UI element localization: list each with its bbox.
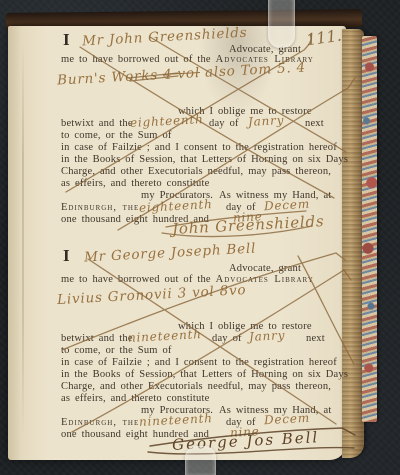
printed-capital-i: I — [63, 34, 70, 46]
printed-edinburgh-2: Edinburgh, the — [61, 417, 139, 429]
printed-borrowed-line-2: me to have borrowed out of the Advocates… — [61, 274, 314, 286]
struck-out-words: 4 vol — [163, 65, 201, 83]
printed-next-1: next — [305, 118, 324, 130]
return-month-1: Janry — [248, 113, 285, 129]
sign-month-2: Decem — [264, 411, 311, 427]
return-month-2: Janry — [249, 328, 286, 344]
printed-tocome-2: to come, or the Sum of — [61, 345, 172, 357]
page-crease — [22, 40, 24, 440]
printed-advocate-grant-2: Advocate, grant — [229, 263, 301, 275]
printed-dayof-2: day of — [212, 333, 242, 345]
printed-failzie1-2: in case of Failzie ; and I consent to th… — [61, 357, 337, 369]
printed-failzie3-1: Charge, and other Executorials needful, … — [61, 166, 331, 178]
printed-edinburgh-1: Edinburgh, the — [61, 202, 139, 214]
marbled-cover-edge — [362, 36, 377, 422]
printed-dayof-1: day of — [209, 118, 239, 130]
borrowed-prefix-2: me to have borrowed out of the — [61, 274, 211, 285]
printed-failzie4-1: as effeirs, and thereto constitute — [61, 178, 209, 190]
borrowed-prefix-1: me to have borrowed out of the — [61, 54, 211, 65]
mounting-strap-bottom — [185, 446, 216, 475]
mounting-strap-top — [268, 0, 295, 48]
photograph-of-register-page: 111. I Mr John Greenshields Advocate, gr… — [0, 0, 400, 475]
printed-betwixt-1: betwixt and the — [61, 118, 133, 130]
printed-failzie2-2: in the Books of Session, that Letters of… — [61, 369, 348, 381]
printed-failzie3-2: Charge, and other Executorials needful, … — [61, 381, 331, 393]
sign-month-1: Decem — [264, 197, 311, 213]
printed-capital-i-2: I — [63, 250, 70, 262]
printed-betwixt-2: betwixt and the — [61, 333, 133, 345]
printed-next-2: next — [306, 333, 325, 345]
printed-failzie4-2: as effeirs, and thereto constitute — [61, 393, 209, 405]
printed-failzie1-1: in case of Failzie ; and I consent to th… — [61, 142, 337, 154]
fore-edge-page-leaves — [342, 29, 364, 458]
printed-failzie2-1: in the Books of Session, that Letters of… — [61, 154, 348, 166]
printed-tocome-1: to come, or the Sum of — [61, 130, 172, 142]
